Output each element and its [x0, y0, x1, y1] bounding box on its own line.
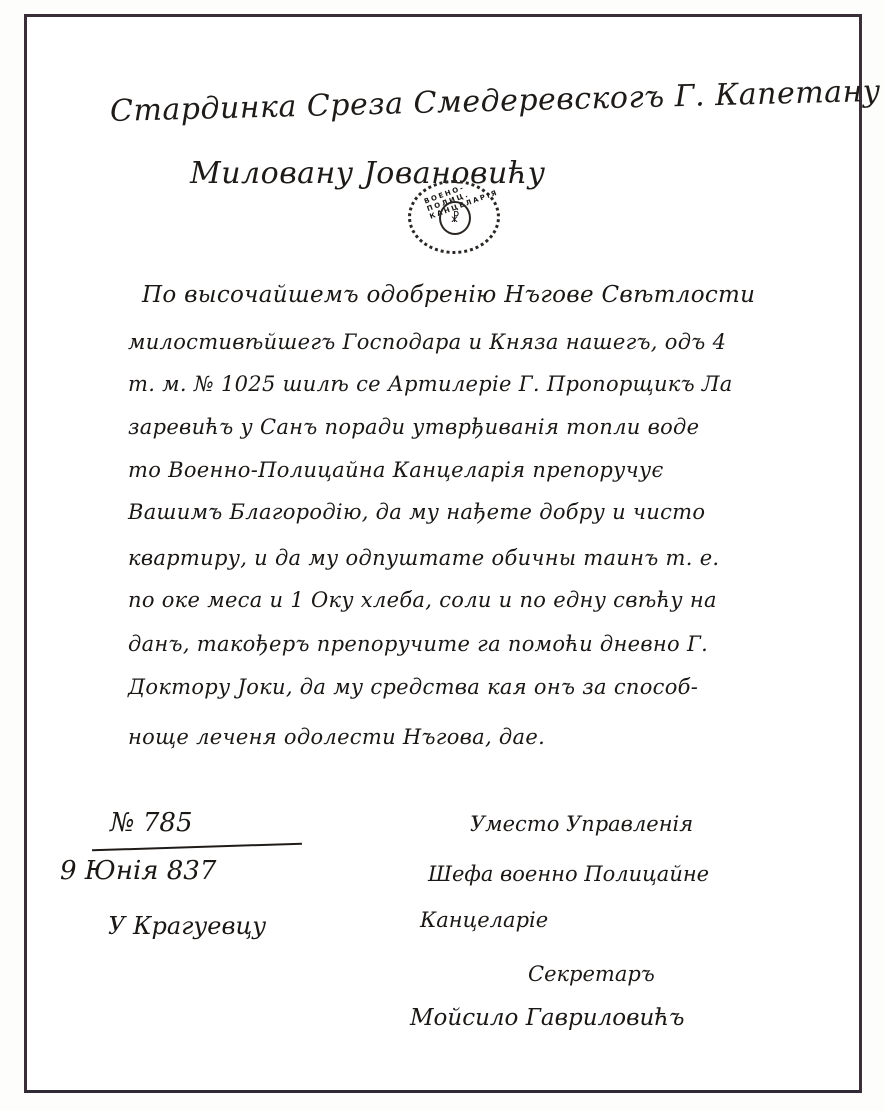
- signatory-title: Секретаръ: [528, 962, 655, 986]
- body-line: ноще леченя одолести Нъгова, дае.: [128, 725, 545, 749]
- registry-place: У Крагуевцу: [108, 912, 266, 940]
- registry-date: 9 Юнія 837: [60, 856, 216, 886]
- body-line: заревићъ у Санъ поради утврђиванія топли…: [128, 415, 699, 439]
- body-line: то Военно-Полицайна Канцеларія препоручу…: [128, 458, 664, 482]
- signatory-name: Мойсило Гавриловићъ: [410, 1005, 684, 1031]
- body-line: Вашимъ Благородію, да му нађете добру и …: [128, 500, 705, 524]
- registry-number: № 785: [110, 808, 193, 838]
- seal-emblem-icon: ☧: [439, 201, 471, 235]
- body-line: Доктору Јоки, да му средства кая онъ за …: [128, 675, 698, 699]
- body-line: т. м. № 1025 шилѣ се Артилеріе Г. Пропор…: [128, 372, 733, 396]
- body-line: по оке меса и 1 Оку хлеба, соли и по едн…: [128, 588, 717, 612]
- signature-line-1: Уместо Управленія: [470, 812, 693, 836]
- body-line: квартиру, и да му одпуштате обичны таинъ…: [128, 546, 719, 570]
- official-seal: ВОЕНО-ПОЛИЦ. КАНЦЕЛАРІЯ ☧: [408, 180, 500, 254]
- signature-line-3: Канцеларіе: [420, 908, 548, 932]
- body-line: По высочайшемъ одобренію Нъгове Свѣтлост…: [142, 282, 755, 308]
- body-line: данъ, такођеръ препоручите га помоћи дне…: [128, 632, 708, 656]
- body-line: милостивѣйшегъ Господара и Княза нашегъ,…: [128, 330, 726, 354]
- signature-line-2: Шефа военно Полицайне: [428, 862, 709, 886]
